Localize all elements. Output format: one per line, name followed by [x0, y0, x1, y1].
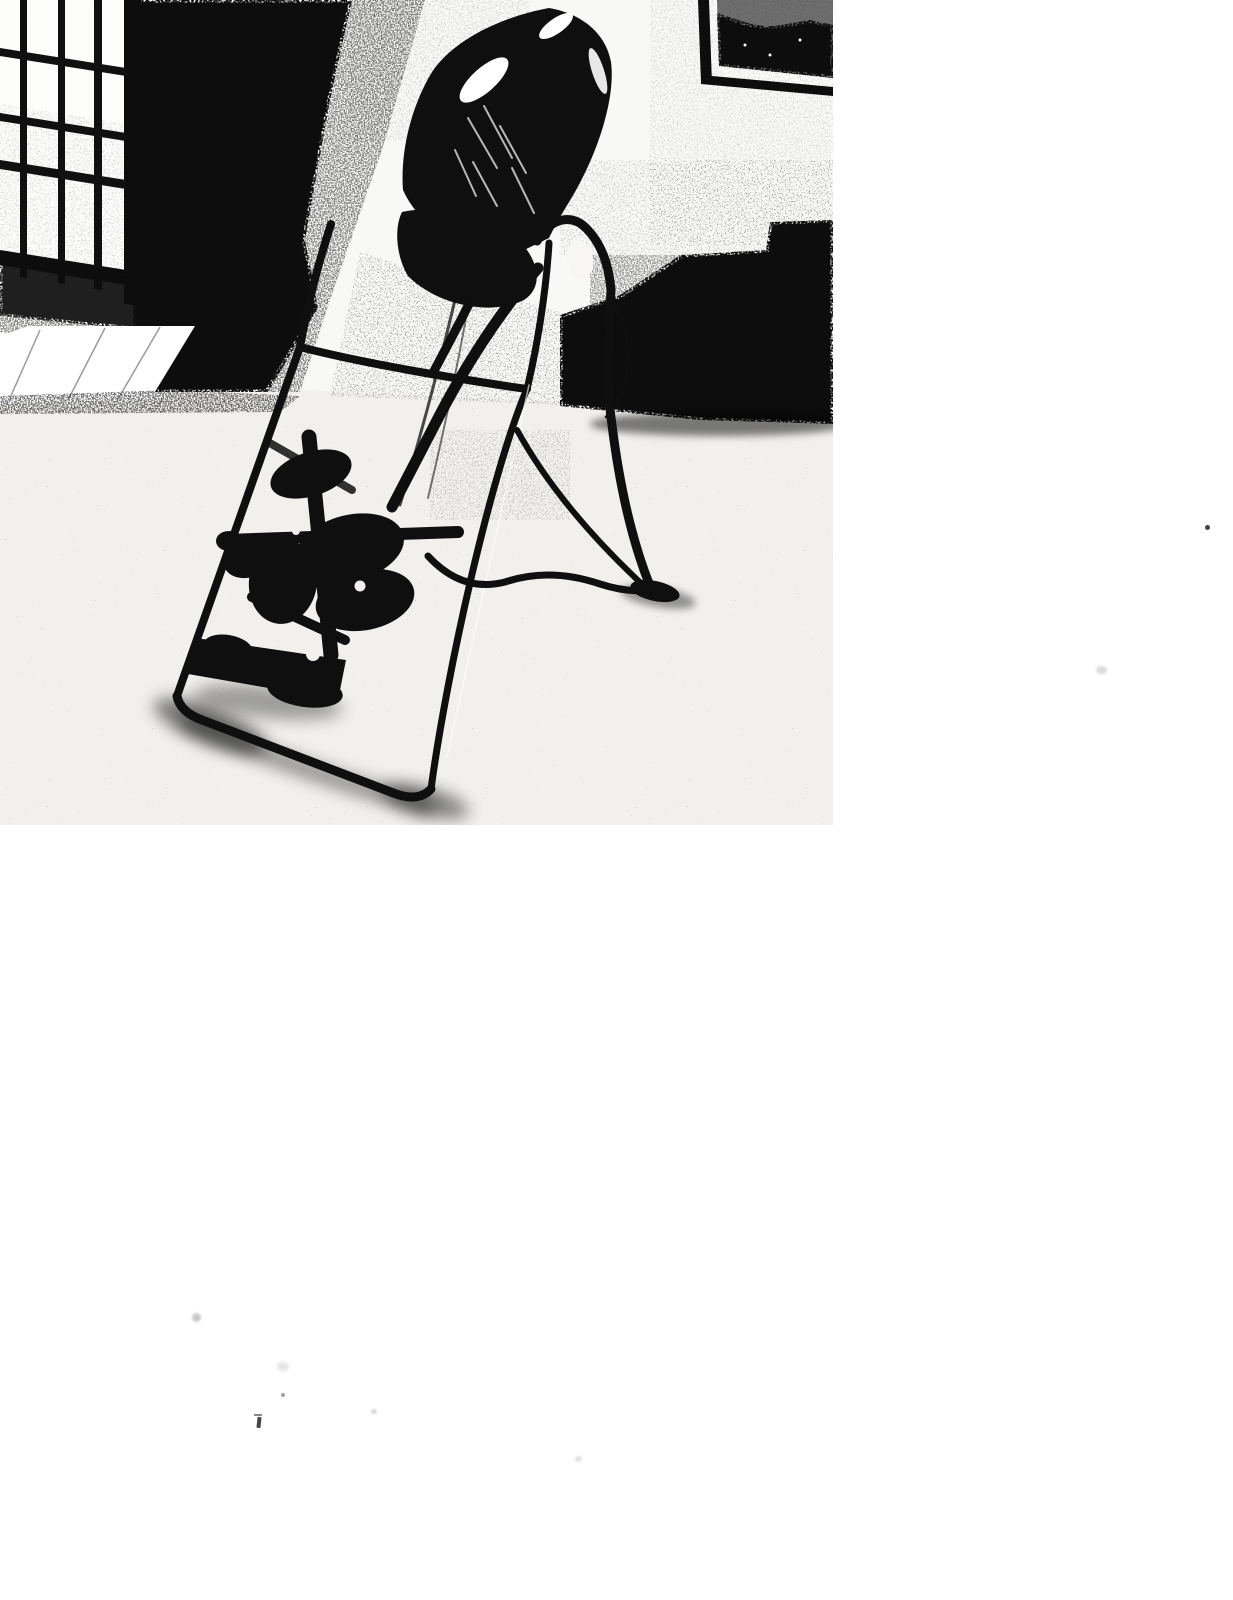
assembly-gap: [292, 527, 300, 535]
scan-speck: [575, 1456, 582, 1462]
scan-speck: [256, 1417, 261, 1428]
scanned-page: [0, 0, 1233, 1600]
scan-speck: [371, 1409, 377, 1414]
assembly-gap: [355, 581, 366, 592]
scan-speck: [1205, 525, 1210, 530]
scan-speck: [281, 1393, 285, 1397]
scan-speck: [1096, 666, 1107, 674]
scan-speck: [254, 1414, 262, 1416]
scan-speck: [192, 1313, 201, 1322]
halftone-photo: [0, 0, 833, 825]
assembly-gap: [306, 647, 320, 661]
scan-speck: [277, 1362, 289, 1371]
